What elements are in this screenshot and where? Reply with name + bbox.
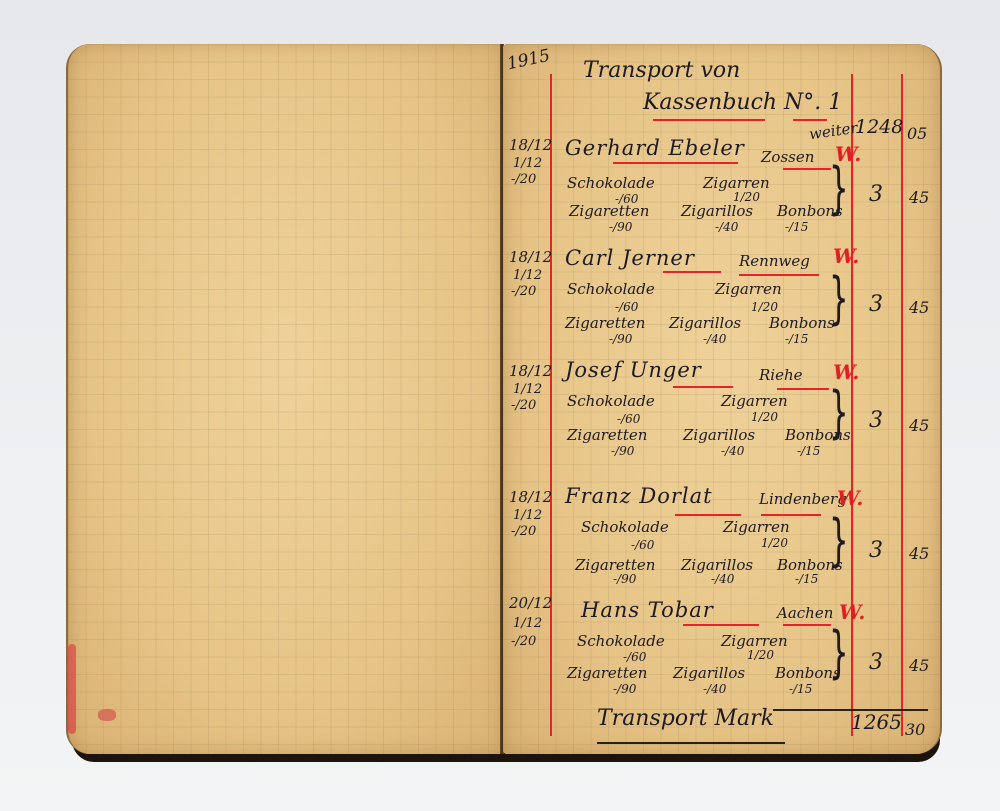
curly-brace: } — [829, 620, 849, 685]
entry-total-mark: 3 — [869, 650, 883, 675]
entry-place: Aachen — [777, 604, 833, 622]
item-name: Zigarren — [721, 392, 788, 410]
entry-place: Riehe — [759, 366, 803, 384]
item-price: -/15 — [789, 682, 812, 696]
curly-brace: } — [829, 266, 849, 331]
item-price: 1/20 — [761, 536, 788, 550]
item-price: -/60 — [615, 300, 638, 314]
item-name: Schokolade — [567, 280, 655, 298]
footer-transport-mark: Transport Mark — [597, 706, 774, 731]
entry-total-pf: 45 — [909, 188, 929, 207]
name-underline — [683, 624, 759, 626]
entry-date: 20/12 — [509, 594, 552, 612]
item-name: Zigarillos — [681, 202, 753, 220]
item-price: -/60 — [623, 650, 646, 664]
year: 1915 — [505, 46, 551, 75]
item-price: -/40 — [711, 572, 734, 586]
entry-sub2: -/20 — [511, 398, 536, 413]
item-name: Zigaretten — [565, 314, 645, 332]
entry-sub1: 1/12 — [513, 156, 542, 171]
curly-brace: } — [829, 508, 849, 573]
entry-sub1: 1/12 — [513, 382, 542, 397]
header-transport-von: Transport von — [583, 58, 740, 83]
name-underline — [673, 386, 733, 388]
item-name: Zigaretten — [569, 202, 649, 220]
item-price: -/40 — [703, 682, 726, 696]
item-name: Zigarillos — [669, 314, 741, 332]
place-underline — [761, 514, 821, 516]
item-price: -/90 — [611, 444, 634, 458]
entry-total-mark: 3 — [869, 408, 883, 433]
header-kassenbuch: Kassenbuch N°. 1 — [643, 90, 842, 115]
entry-date: 18/12 — [509, 362, 552, 380]
name-underline — [675, 514, 741, 516]
entry-name: Franz Dorlat — [565, 484, 713, 508]
curly-brace: } — [829, 156, 849, 221]
entry-w-mark: W. — [833, 244, 859, 268]
item-name: Zigarillos — [683, 426, 755, 444]
entry-total-mark: 3 — [869, 182, 883, 207]
place-underline — [777, 388, 829, 390]
red-ink-mark — [98, 709, 116, 721]
item-price: 1/20 — [751, 300, 778, 314]
footer-mark: 1265 — [851, 710, 902, 734]
item-name: Zigarren — [715, 280, 782, 298]
carried-pf: 05 — [907, 124, 927, 143]
entry-sub2: -/20 — [511, 284, 536, 299]
entry-date: 18/12 — [509, 136, 552, 154]
entry-sub1: 1/12 — [513, 616, 542, 631]
red-margin-rule — [550, 74, 552, 736]
carried-mark: 1248 — [855, 116, 903, 138]
item-price: -/60 — [617, 412, 640, 426]
footer-pf: 30 — [905, 720, 925, 739]
item-price: -/40 — [715, 220, 738, 234]
header-underline-2 — [793, 119, 827, 121]
item-price: -/90 — [613, 682, 636, 696]
item-price: 1/20 — [747, 648, 774, 662]
item-price: -/90 — [613, 572, 636, 586]
name-underline — [663, 271, 721, 273]
entry-sub2: -/20 — [511, 524, 536, 539]
entry-total-pf: 45 — [909, 416, 929, 435]
item-price: -/15 — [795, 572, 818, 586]
red-edge-stain — [68, 644, 76, 734]
item-price: -/90 — [609, 332, 632, 346]
header-underline — [653, 119, 765, 121]
footer-underline — [597, 742, 785, 744]
entry-total-pf: 45 — [909, 298, 929, 317]
place-underline — [783, 168, 831, 170]
item-name: Zigarren — [723, 518, 790, 536]
name-underline — [613, 162, 738, 164]
red-mark-column-rule — [851, 74, 853, 736]
item-name: Zigaretten — [567, 426, 647, 444]
entry-place: Zossen — [761, 148, 814, 166]
entry-place: Lindenberg — [759, 490, 847, 508]
item-price: -/40 — [703, 332, 726, 346]
entry-sub1: 1/12 — [513, 268, 542, 283]
open-notebook: 1915 Transport von Kassenbuch N°. 1 weit… — [66, 44, 942, 760]
entry-date: 18/12 — [509, 248, 552, 266]
entry-name: Carl Jerner — [565, 246, 695, 270]
entry-total-mark: 3 — [869, 538, 883, 563]
item-price: -/90 — [609, 220, 632, 234]
entry-date: 18/12 — [509, 488, 552, 506]
item-name: Zigaretten — [567, 664, 647, 682]
curly-brace: } — [829, 380, 849, 445]
item-price: -/60 — [631, 538, 654, 552]
entry-sub1: 1/12 — [513, 508, 542, 523]
red-pf-column-rule — [901, 74, 903, 736]
item-name: Zigarillos — [673, 664, 745, 682]
item-name: Schokolade — [567, 174, 655, 192]
place-underline — [783, 624, 831, 626]
entry-total-pf: 45 — [909, 656, 929, 675]
entry-name: Gerhard Ebeler — [565, 136, 745, 160]
item-price: -/40 — [721, 444, 744, 458]
right-page-ledger: 1915 Transport von Kassenbuch N°. 1 weit… — [503, 44, 942, 754]
entry-name: Hans Tobar — [581, 598, 714, 622]
entry-place: Rennweg — [739, 252, 810, 270]
item-name: Schokolade — [577, 632, 665, 650]
item-price: -/15 — [785, 220, 808, 234]
item-price: 1/20 — [751, 410, 778, 424]
entry-sub2: -/20 — [511, 634, 536, 649]
left-page-blank — [66, 44, 504, 754]
item-name: Bonbons — [769, 314, 835, 332]
entry-total-mark: 3 — [869, 292, 883, 317]
entry-name: Josef Unger — [565, 358, 702, 382]
entry-sub2: -/20 — [511, 172, 536, 187]
entry-total-pf: 45 — [909, 544, 929, 563]
place-underline — [739, 274, 819, 276]
item-price: -/15 — [797, 444, 820, 458]
entry-w-mark: W. — [837, 486, 863, 510]
item-price: -/15 — [785, 332, 808, 346]
item-name: Schokolade — [581, 518, 669, 536]
item-name: Schokolade — [567, 392, 655, 410]
